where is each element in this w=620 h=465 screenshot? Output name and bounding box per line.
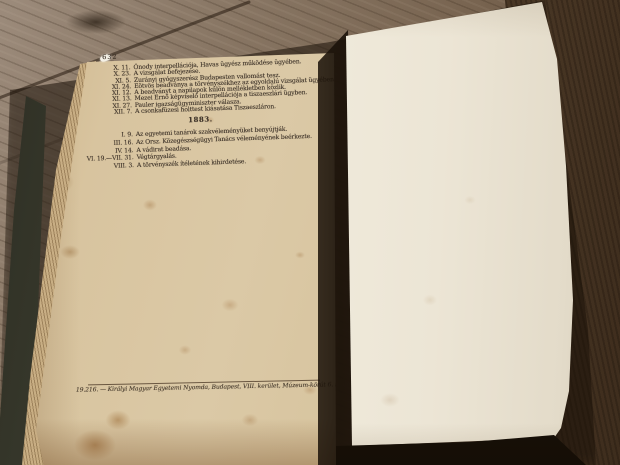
book-photo: 632 X. 11. Ónody interpellációja, Havas … (0, 0, 620, 465)
chronology-1882: X. 11. Ónody interpellációja, Havas ügyé… (78, 58, 332, 117)
page-number: 632 (102, 53, 118, 62)
wood-knot (66, 10, 126, 34)
